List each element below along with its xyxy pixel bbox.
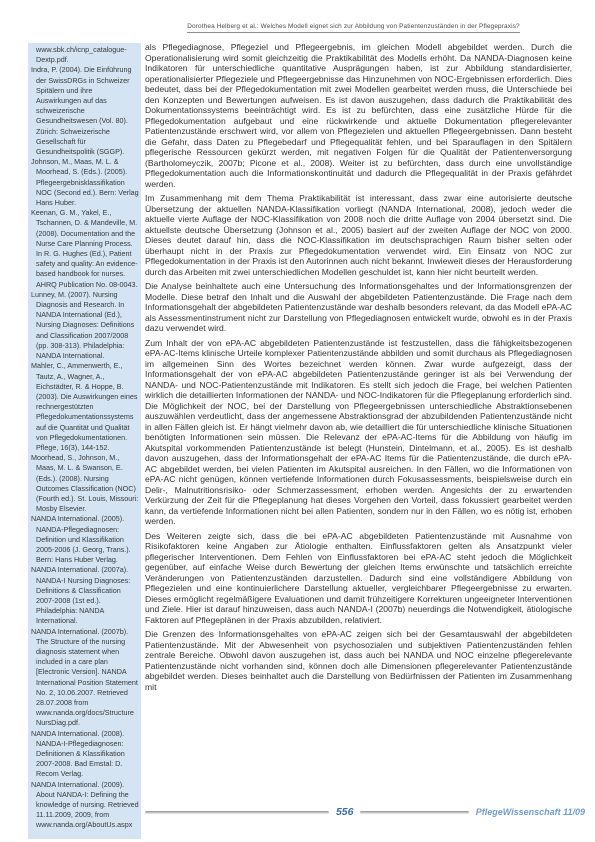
document-page: Dorothea Helberg et al.: Welches Modell … [0, 0, 595, 842]
reference-item: NANDA International. (2007b). The Struct… [31, 627, 139, 729]
reference-item: Keenan, G. M., Yakel, E., Tschannen, D. … [31, 208, 139, 290]
reference-item: Mahler, C., Ammenwerth, E., Tautz, A., W… [31, 361, 139, 453]
journal-name: PflegeWissenschaft 11/09 [476, 807, 585, 817]
reference-item: Indra, P. (2004). Die Einführung der Swi… [31, 65, 139, 157]
body-paragraph: Zum Inhalt der von ePA-AC abgebildeten P… [145, 338, 572, 527]
page-number: 556 [336, 806, 354, 818]
footer-rule-left [145, 811, 329, 814]
running-head: Dorothea Helberg et al.: Welches Modell … [135, 23, 572, 30]
reference-item: Johnson, M., Maas, M. L. & Moorhead, S. … [31, 157, 139, 208]
footer-rule-right [360, 811, 468, 814]
article-body: als Pflegediagnose, Pflegeziel und Pfleg… [145, 42, 572, 696]
reference-item: Moorhead, S., Johnson, M., Maas, M. L. &… [31, 453, 139, 514]
reference-item: NANDA International. (2009). About NANDA… [31, 780, 139, 831]
body-paragraph: Im Zusammenhang mit dem Thema Praktikabi… [145, 193, 572, 277]
body-paragraph: Die Grenzen des Informationsgehaltes von… [145, 629, 572, 692]
reference-item: www.sbk.ch/icnp_catalogue-Dextp.pdf. [31, 45, 139, 65]
reference-item: NANDA International. (2008). NANDA-I-Pfl… [31, 729, 139, 780]
reference-item: NANDA International. (2007a). NANDA-I Nu… [31, 565, 139, 626]
references-sidebar: www.sbk.ch/icnp_catalogue-Dextp.pdf. Ind… [28, 43, 141, 839]
body-paragraph: Des Weiteren zeigte sich, dass die bei e… [145, 531, 572, 626]
reference-item: Lunney, M. (2007). Nursing Diagnosis and… [31, 290, 139, 361]
body-paragraph: Die Analyse beinhaltete auch eine Unters… [145, 281, 572, 334]
reference-item: NANDA International. (2005). NANDA-Pfleg… [31, 514, 139, 565]
running-head-text: Dorothea Helberg et al.: Welches Modell … [187, 23, 519, 33]
body-paragraph: als Pflegediagnose, Pflegeziel und Pfleg… [145, 42, 572, 189]
page-footer: 556 PflegeWissenschaft 11/09 [145, 806, 585, 818]
